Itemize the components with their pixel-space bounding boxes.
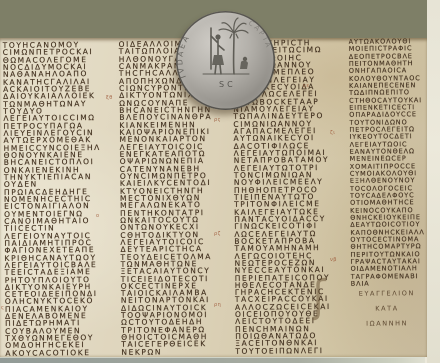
- text-line: ΤΟΥΤΟΕΙΠΩΝΛΕΓΙ: [235, 347, 339, 355]
- text-column-4: ΑΥΤΩΑΚΟΛΟΥΘΙΜΟΙΕΠΙCΤΡΑΦΙCΔΕΟΠΕΤΡΟCΒΛΕΠΕΙ…: [349, 38, 428, 288]
- colophon-line: ΚΑΤΑ: [349, 304, 425, 313]
- paragraphos-flourish: ʃ: [313, 274, 326, 318]
- svg-text:CAPTA: CAPTA: [247, 19, 273, 50]
- emperor-head: [215, 34, 220, 39]
- colophon: ΕΥΑΓΓΕΛΙΟΝ ΚΑΤΑ ΙΩΑΝΝΗΝ: [349, 289, 425, 335]
- manuscript-photo: ΤΟΥΗCΑΝΟΜΟΥCΙΜΩΝΠΕΤΡΟCΚΑΙΘΩΜΑCΟΛΕΓΟΜΕΝΟC…: [0, 0, 440, 363]
- photo-edge-right: [427, 0, 440, 363]
- text-line: ΑΚΟΥCΑCΟΤΙΟΚΕ: [5, 349, 111, 357]
- text-column-1: ΤΟΥΗCΑΝΟΜΟΥCΙΜΩΝΠΕΤΡΟCΚΑΙΘΩΜΑCΟΛΕΓΟΜΕΝΟC…: [3, 41, 112, 357]
- captive-head: [243, 57, 247, 61]
- emperor-tunic: [212, 55, 224, 65]
- emperor-legs: [215, 65, 221, 74]
- coin-design: SC IVDAEA CAPTA: [176, 11, 275, 110]
- seated-captive: [240, 61, 248, 69]
- colophon-line: ΙΩΑΝΝΗΝ: [349, 319, 425, 328]
- text-line: ΝΕΚΡΩΝ: [121, 348, 231, 356]
- svg-text:IVDAEA: IVDAEA: [176, 32, 192, 79]
- colophon-line: ΕΥΑΓΓΕΛΙΟΝ: [349, 289, 425, 298]
- photo-edge-bottom: [0, 357, 425, 363]
- text-line: ΒΛΙΑ: [351, 280, 428, 288]
- coin: SC IVDAEA CAPTA: [176, 11, 275, 110]
- coin-legend-right: CAPTA: [247, 19, 273, 50]
- coin-legend-left: IVDAEA: [176, 32, 192, 79]
- coin-exergue: SC: [219, 80, 236, 89]
